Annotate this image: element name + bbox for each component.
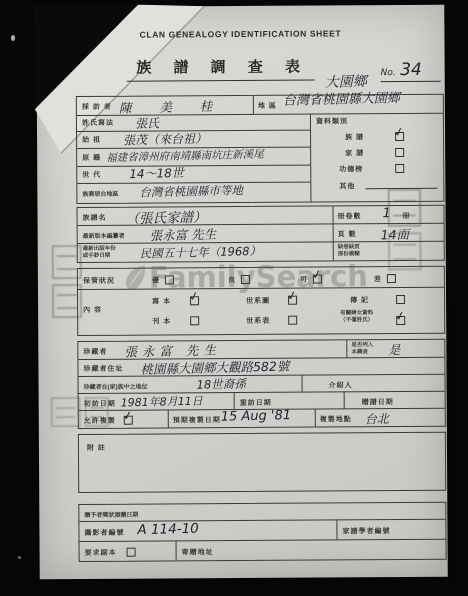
permission-checkbox xyxy=(124,416,133,425)
genealogy-title-label: 族譜名 xyxy=(83,213,107,223)
copy-request-label: 要求副本 xyxy=(85,548,117,558)
region-value: 台灣省桃園縣大園鄉 xyxy=(283,87,400,109)
first-ancestor-value: 張茂（來台祖） xyxy=(123,129,207,148)
printed-copy-label: 刊 本 xyxy=(152,316,171,326)
women-data-label-line2: （不僅姓氏） xyxy=(340,317,373,324)
pubdate-value: 民國五十七年（1968） xyxy=(140,243,262,262)
pubdate-label-line1: 最新出版年份 xyxy=(83,246,116,253)
taiwan-area-label: 族裔居台地區 xyxy=(82,189,118,198)
missing-label-line2: 部份模糊 xyxy=(338,251,360,258)
volumes-value: 1 xyxy=(382,206,391,221)
lineage-table-checkbox xyxy=(288,316,297,325)
lineage-table-label: 世系表 xyxy=(246,316,270,326)
first-ancestor-label: 始 祖 xyxy=(82,135,101,145)
pages-value: 14面 xyxy=(380,225,409,244)
category-other-label: 其他 xyxy=(339,181,355,191)
biography-label: 傳 記 xyxy=(350,295,369,305)
owner-position-value: 18世裔孫 xyxy=(196,376,246,393)
origin-value: 福建省漳州府南靖縣南坑庄新溪尾 xyxy=(106,146,264,165)
category-zupu-label: 族 譜 xyxy=(345,132,364,142)
owner-address-label: 珍藏者住址 xyxy=(83,364,123,374)
number-value: 34 xyxy=(400,60,422,80)
generations-label: 世 代 xyxy=(82,170,101,180)
category-zupu-checkbox xyxy=(395,132,404,141)
microfilm-photo: CLAN GENEALOGY IDENTIFICATION SHEET 族 譜 … xyxy=(0,0,468,596)
photographer-number-label: 攝影者編號 xyxy=(84,528,124,538)
biography-checkbox xyxy=(396,295,405,304)
manuscript-label: 寫 本 xyxy=(152,296,171,306)
category-jiapu-checkbox xyxy=(395,148,404,157)
owner-address-value: 桃園縣大園鄉大觀路582號 xyxy=(140,356,289,378)
copy-request-checkbox xyxy=(127,548,136,557)
compiler-label: 最新版本編纂者 xyxy=(83,231,125,240)
gift-date-label: 贈譜日期 xyxy=(362,397,394,407)
material-category-label: 資料類別 xyxy=(316,116,348,126)
compiler-value: 張永富 先生 xyxy=(149,225,216,245)
condition-good-label: 良 xyxy=(228,275,236,285)
missing-label-line1: 缺卷缺頁 xyxy=(338,244,360,251)
surname-value: 張氏 xyxy=(135,114,159,132)
copy-date-value: 15 Aug '81 xyxy=(221,408,292,425)
film-speck xyxy=(11,35,15,41)
number-prefix: No. xyxy=(381,68,396,78)
copy-place-value: 台北 xyxy=(365,410,389,428)
lineage-chart-label: 世系圖 xyxy=(246,296,270,306)
volumes-label: 冊卷數 xyxy=(338,211,362,221)
volumes-unit: 冊 xyxy=(403,211,411,221)
condition-poor-checkbox xyxy=(387,274,396,283)
surname-label: 姓氏寫法 xyxy=(82,118,114,128)
taiwan-area-value: 台灣省桃園縣市等地 xyxy=(139,182,243,200)
section-condition-contents: 保管狀況 優 良 可 差 內 容 寫 本 世系圖 傳 記 刊 本 世系表 有關婦… xyxy=(77,266,445,336)
copy-date-label: 預期複製日期 xyxy=(173,415,221,425)
included-label-line2: 本調查 xyxy=(351,349,368,356)
copy-place-label: 複製地點 xyxy=(320,414,352,424)
photographer-number-value: A 114-10 xyxy=(137,521,199,538)
region-label: 地 區 xyxy=(258,101,277,111)
mailing-address-label: 寄贈地址 xyxy=(182,547,214,557)
section-notes: 附 註 xyxy=(78,432,446,493)
category-jiapu-label: 家 譜 xyxy=(345,148,364,158)
interviewer-label: 採 訪 者 xyxy=(82,102,112,112)
women-data-label-line1: 有關婦女資料 xyxy=(340,310,373,317)
condition-excellent-label: 優 xyxy=(152,276,160,286)
condition-good-checkbox xyxy=(241,275,250,284)
first-visit-value: 1981年8月11日 xyxy=(120,393,202,411)
women-data-checkbox xyxy=(396,316,405,325)
owner-label: 珍藏者 xyxy=(83,347,107,357)
pages-label: 頁 數 xyxy=(338,229,357,239)
origin-label: 原 籍 xyxy=(82,153,101,163)
section-basic-info: 採 訪 者 陳 美 桂 地 區 台灣省桃園縣大園鄉 姓氏寫法 張氏 始 祖 張茂… xyxy=(76,94,445,204)
introducer-label: 介紹人 xyxy=(329,380,353,390)
section-admin: 贈予者獎狀頒贈日期 攝影者編號 A 114-10 家譜學者編號 要求副本 寄贈地… xyxy=(78,502,446,562)
contents-label: 內 容 xyxy=(83,305,102,315)
lineage-chart-checkbox xyxy=(288,296,297,305)
condition-label: 保管狀況 xyxy=(83,276,115,286)
section-book-info: 族譜名 （張氏家譜） 冊卷數 1 冊 最新版本編纂者 張永富 先生 頁 數 14… xyxy=(76,205,444,263)
scholar-number-label: 家譜學者編號 xyxy=(342,526,390,536)
permission-label: 允許複製 xyxy=(84,416,116,426)
notes-label: 附 註 xyxy=(87,443,106,453)
included-value: 是 xyxy=(388,341,400,358)
condition-poor-label: 差 xyxy=(374,274,382,284)
genealogy-form-sheet: CLAN GENEALOGY IDENTIFICATION SHEET 族 譜 … xyxy=(36,5,447,579)
english-header: CLAN GENEALOGY IDENTIFICATION SHEET xyxy=(36,28,444,40)
condition-fair-label: 可 xyxy=(300,275,308,285)
condition-fair-checkbox xyxy=(313,275,322,284)
first-visit-label: 初訪日期 xyxy=(84,399,116,409)
sheet-number: No. 34 xyxy=(381,60,441,82)
generations-value: 14～18世 xyxy=(129,164,184,182)
category-merit-checkbox xyxy=(395,164,404,173)
category-other-blank xyxy=(365,177,437,189)
revisit-label: 重訪日期 xyxy=(240,398,272,408)
printed-copy-checkbox xyxy=(190,316,199,325)
manuscript-checkbox xyxy=(190,296,199,305)
section-owner-info: 珍藏者 張永富 先生 是否列入 本調查 是 珍藏者住址 桃園縣大園鄉大觀路582… xyxy=(77,339,446,429)
category-merit-label: 功德榜 xyxy=(339,164,363,174)
condition-excellent-checkbox xyxy=(165,275,174,284)
pubdate-label-line2: 或手鈔日期 xyxy=(83,253,111,260)
included-label-line1: 是否列入 xyxy=(351,342,373,349)
owner-position-label: 珍藏者在(家)族中之地位 xyxy=(84,382,148,391)
film-speck xyxy=(18,556,21,559)
form-title: 族 譜 調 查 表 xyxy=(126,56,315,82)
award-date-label: 贈予者獎狀頒贈日期 xyxy=(84,510,138,519)
